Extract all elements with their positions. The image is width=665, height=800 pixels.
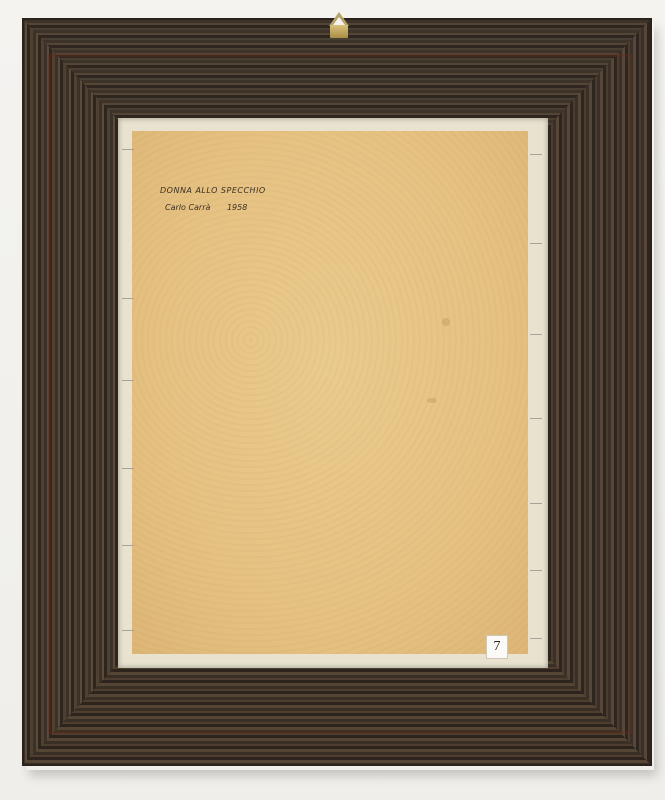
- framing-pin: [530, 418, 542, 419]
- framing-pin: [122, 298, 134, 299]
- lot-number-tag: 7: [486, 635, 508, 659]
- inscription-artist: Carlo Carrà: [165, 203, 210, 212]
- framing-pin: [122, 630, 134, 631]
- inscription-year: 1958: [227, 203, 247, 212]
- framing-pin: [122, 468, 134, 469]
- framing-pin: [530, 638, 542, 639]
- framing-pin: [530, 570, 542, 571]
- board-stain: [427, 398, 437, 403]
- hanger-plate: [330, 25, 348, 38]
- inscription-title: DONNA ALLO SPECCHIO: [160, 186, 266, 195]
- picture-frame: DONNA ALLO SPECCHIO Carlo Carrà 1958 7: [22, 18, 652, 766]
- board-stain: [442, 318, 450, 326]
- framing-pin: [530, 334, 542, 335]
- framing-pin: [122, 545, 134, 546]
- framing-pin: [122, 149, 134, 150]
- side-pencil-inscription: [509, 158, 523, 278]
- inscription-signature: Carlo Carrà 1958: [165, 203, 247, 212]
- hanger-triangle-hole: [333, 17, 345, 25]
- framing-pin: [530, 154, 542, 155]
- framing-pin: [530, 243, 542, 244]
- framing-pin: [122, 380, 134, 381]
- brass-sawtooth-hanger: [328, 12, 350, 46]
- framing-pin: [530, 503, 542, 504]
